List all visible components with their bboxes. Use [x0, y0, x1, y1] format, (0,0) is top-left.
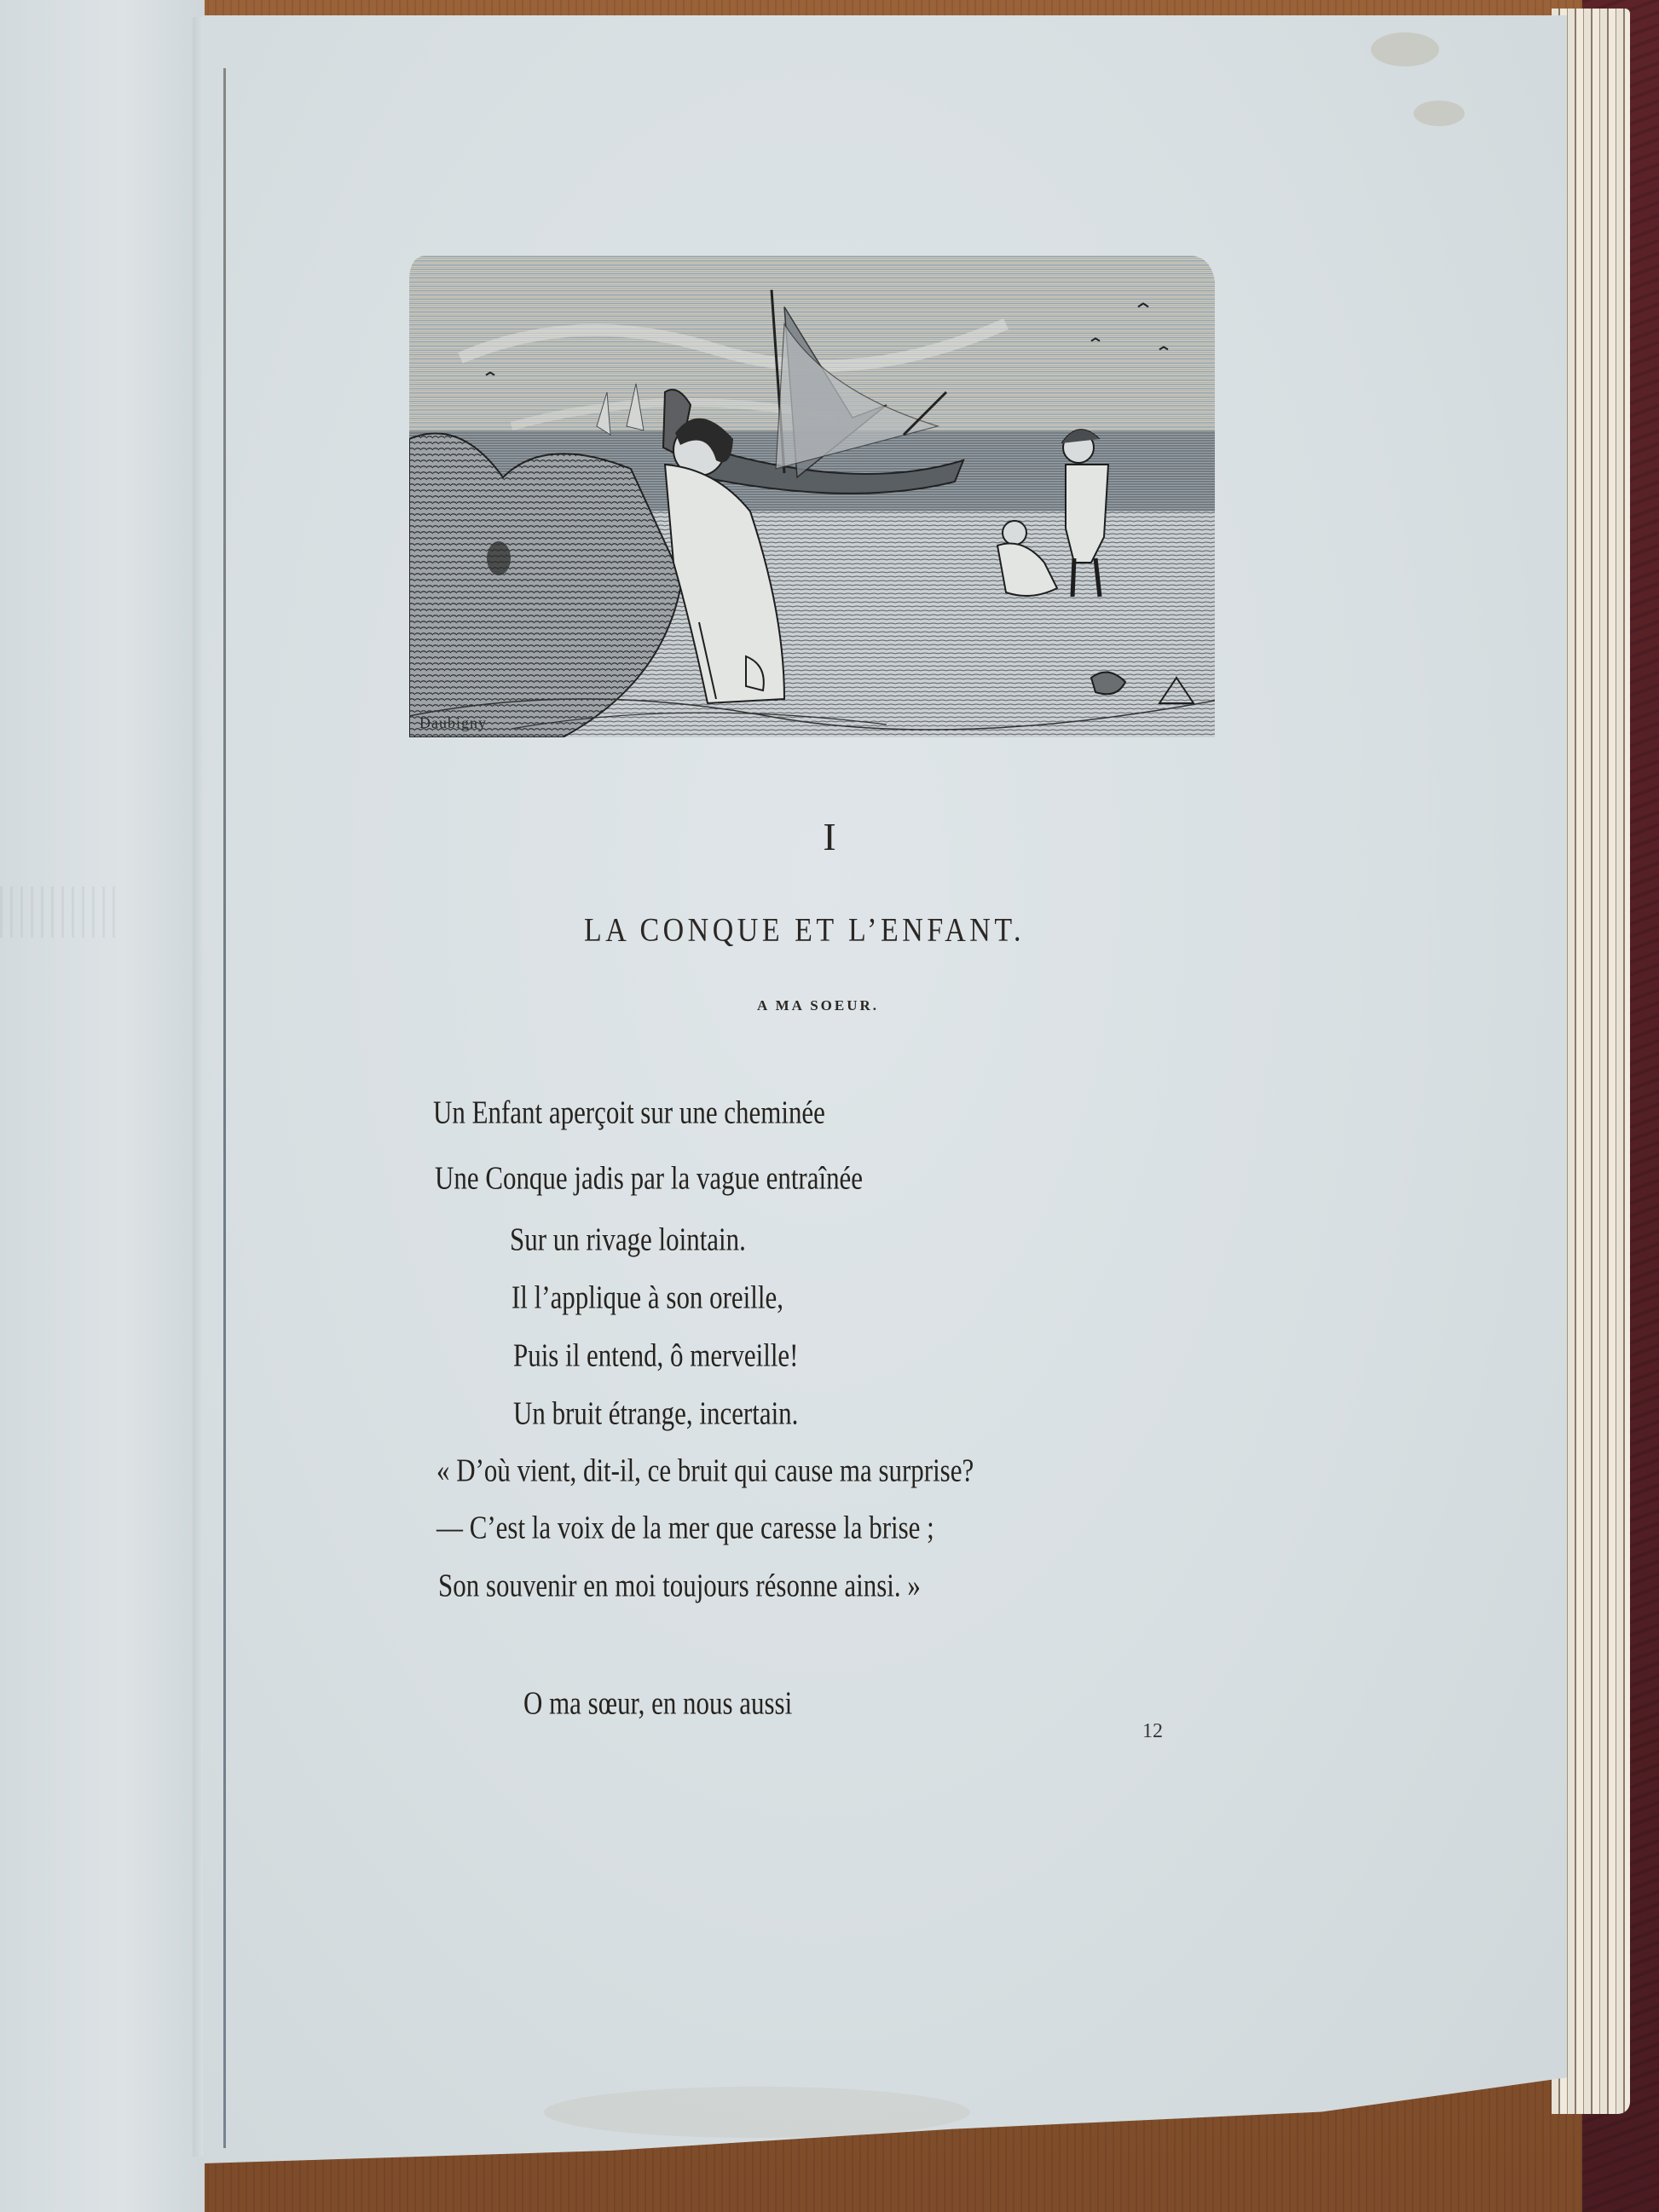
- show-through-text: [0, 887, 119, 938]
- verse-line: Son souvenir en moi toujours résonne ain…: [438, 1567, 921, 1604]
- foxing-stain: [1413, 101, 1465, 126]
- foxing-stain: [1371, 32, 1439, 66]
- verse-line: Sur un rivage lointain.: [510, 1221, 746, 1258]
- verse-line: Une Conque jadis par la vague entraînée: [435, 1159, 863, 1197]
- poem-title: LA CONQUE ET L’ENFANT.: [584, 912, 1025, 950]
- left-blank-page: [0, 0, 205, 2212]
- foxing-stain: [544, 2087, 970, 2138]
- verse-line: « D’où vient, dit-il, ce bruit qui cause…: [436, 1452, 974, 1489]
- signature-mark: 12: [1142, 1720, 1163, 1743]
- verse-line: Il l’applique à son oreille,: [512, 1279, 783, 1316]
- verse-line: Puis il entend, ô merveille!: [513, 1337, 798, 1374]
- verse-line: O ma sœur, en nous aussi: [523, 1684, 792, 1722]
- verse-line: Un bruit étrange, incertain.: [513, 1395, 798, 1432]
- artist-signature: Daubigny: [419, 714, 487, 732]
- chapter-number: I: [0, 814, 1659, 859]
- verse-line: — C’est la voix de la mer que caresse la…: [436, 1509, 934, 1546]
- verse-line: Un Enfant aperçoit sur une cheminée: [433, 1094, 825, 1131]
- engraving-illustration: [409, 256, 1223, 737]
- beach-scene-engraving: [409, 256, 1223, 737]
- poem-dedication: A MA SOEUR.: [757, 997, 879, 1014]
- gutter-crease: [223, 68, 226, 2148]
